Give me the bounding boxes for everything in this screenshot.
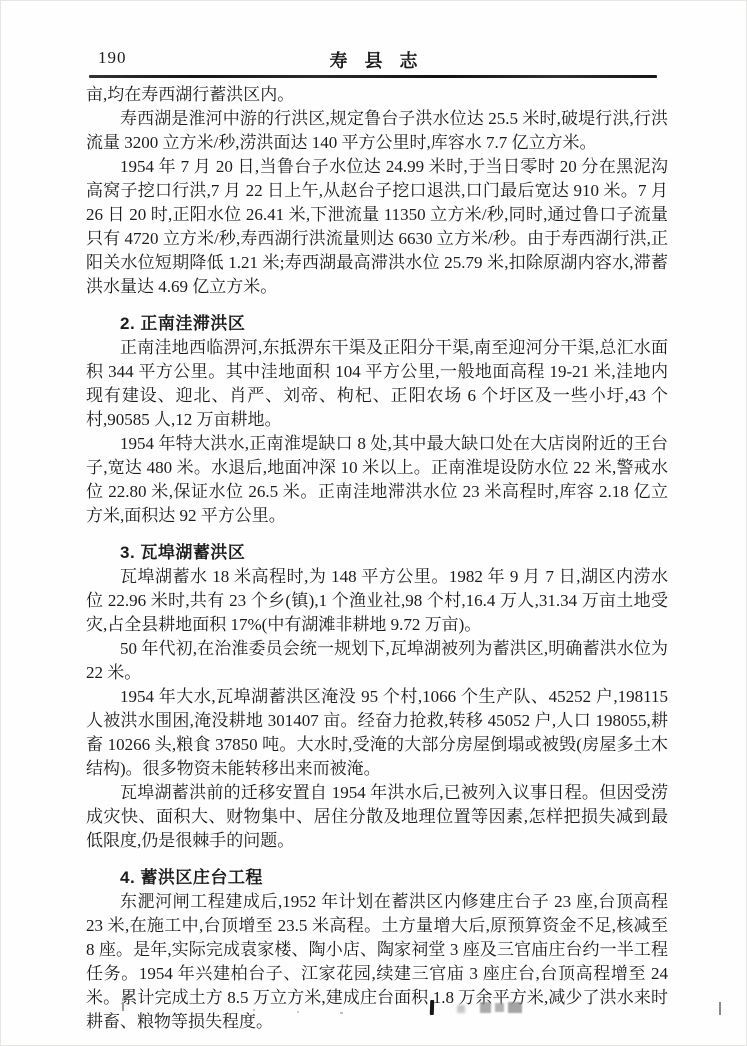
scanned-book-page: 190 寿县志 亩,均在寿西湖行蓄洪区内。 寿西湖是淮河中游的行洪区,规定鲁台子… bbox=[0, 0, 747, 1046]
paragraph: 瓦埠湖蓄洪前的迁移安置自 1954 年洪水后,已被列入议事日程。但因受涝成灾快、… bbox=[86, 781, 668, 853]
section-heading-4: 4. 蓄洪区庄台工程 bbox=[86, 866, 668, 890]
paragraph: 1954 年 7 月 20 日,当鲁台子水位达 24.99 米时,于当日零时 2… bbox=[86, 155, 668, 299]
paragraph: 1954 年特大洪水,正南淮堤缺口 8 处,其中最大缺口处在大店岗附近的王台子,… bbox=[86, 432, 668, 528]
paragraph: 50 年代初,在治淮委员会统一规划下,瓦埠湖被列为蓄洪区,明确蓄洪水位为 22 … bbox=[86, 637, 668, 685]
paragraph: 瓦埠湖蓄水 18 米高程时,为 148 平方公里。1982 年 9 月 7 日,… bbox=[86, 565, 668, 637]
section-heading-2: 2. 正南洼滞洪区 bbox=[86, 312, 668, 336]
paragraph: 东淝河闸工程建成后,1952 年计划在蓄洪区内修建庄台子 23 座,台顶高程 2… bbox=[86, 890, 668, 1034]
page-content: 亩,均在寿西湖行蓄洪区内。 寿西湖是淮河中游的行洪区,规定鲁台子洪水位达 25.… bbox=[86, 83, 668, 1034]
paragraph: 正南洼地西临淠河,东抵淠东干渠及正阳分干渠,南至迎河分干渠,总汇水面积 344 … bbox=[86, 336, 668, 432]
paragraph-continued: 亩,均在寿西湖行蓄洪区内。 bbox=[86, 83, 668, 107]
paragraph: 1954 年大水,瓦埠湖蓄洪区淹没 95 个村,1066 个生产队、45252 … bbox=[86, 685, 668, 781]
scan-artifact bbox=[719, 1002, 721, 1015]
paragraph: 寿西湖是淮河中游的行洪区,规定鲁台子洪水位达 25.5 米时,破堤行洪,行洪流量… bbox=[86, 107, 668, 155]
section-heading-3: 3. 瓦埠湖蓄洪区 bbox=[86, 541, 668, 565]
book-title: 寿县志 bbox=[1, 47, 746, 73]
header-rule bbox=[89, 75, 657, 78]
